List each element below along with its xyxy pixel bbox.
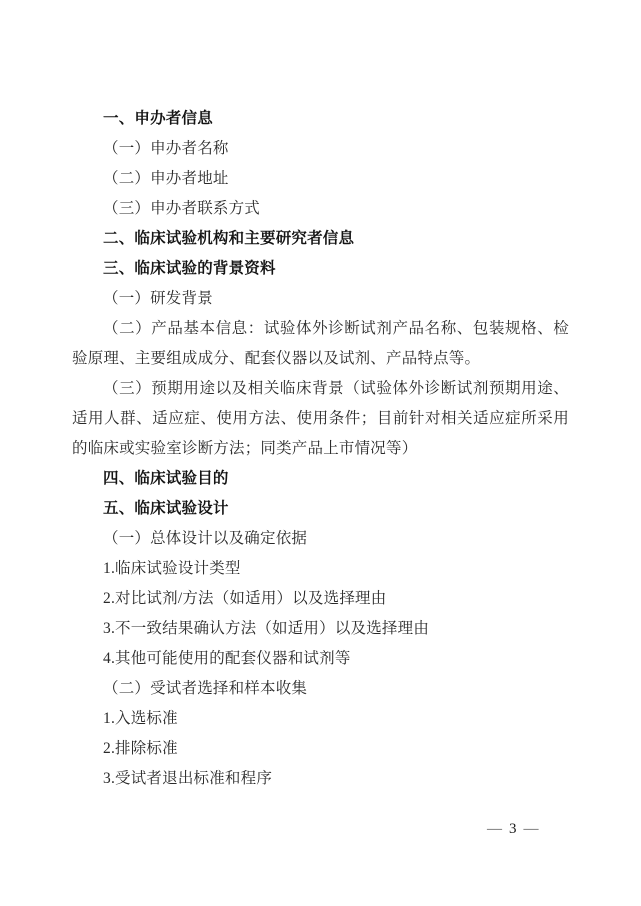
outline-item-5-2: （二）受试者选择和样本收集 (72, 674, 569, 704)
outline-item-5-2-1: 1.入选标准 (72, 704, 569, 734)
outline-item-3-1: （一）研发背景 (72, 284, 569, 314)
document-body: 一、申办者信息 （一）申办者名称 （二）申办者地址 （三）申办者联系方式 二、临… (72, 104, 569, 794)
outline-item-5-2-3: 3.受试者退出标准和程序 (72, 764, 569, 794)
page-number-right-dash: — (524, 820, 539, 838)
outline-item-1-2: （二）申办者地址 (72, 164, 569, 194)
page-number-left-dash: — (487, 820, 502, 838)
outline-heading-2: 二、临床试验机构和主要研究者信息 (72, 224, 569, 254)
outline-item-1-3: （三）申办者联系方式 (72, 194, 569, 224)
outline-heading-3: 三、临床试验的背景资料 (72, 254, 569, 284)
outline-item-3-2: （二）产品基本信息：试验体外诊断试剂产品名称、包装规格、检验原理、主要组成成分、… (72, 314, 569, 374)
outline-item-5-1-4: 4.其他可能使用的配套仪器和试剂等 (72, 644, 569, 674)
outline-item-5-1-1: 1.临床试验设计类型 (72, 554, 569, 584)
page-number-value: 3 (509, 820, 517, 838)
outline-item-5-1-2: 2.对比试剂/方法（如适用）以及选择理由 (72, 584, 569, 614)
outline-heading-5: 五、临床试验设计 (72, 494, 569, 524)
document-page: 一、申办者信息 （一）申办者名称 （二）申办者地址 （三）申办者联系方式 二、临… (0, 0, 641, 906)
outline-heading-1: 一、申办者信息 (72, 104, 569, 134)
outline-item-1-1: （一）申办者名称 (72, 134, 569, 164)
outline-item-3-3: （三）预期用途以及相关临床背景（试验体外诊断试剂预期用途、适用人群、适应症、使用… (72, 374, 569, 464)
outline-item-5-1: （一）总体设计以及确定依据 (72, 524, 569, 554)
outline-item-5-1-3: 3.不一致结果确认方法（如适用）以及选择理由 (72, 614, 569, 644)
outline-item-5-2-2: 2.排除标准 (72, 734, 569, 764)
page-number: — 3 — (487, 820, 567, 838)
outline-heading-4: 四、临床试验目的 (72, 464, 569, 494)
